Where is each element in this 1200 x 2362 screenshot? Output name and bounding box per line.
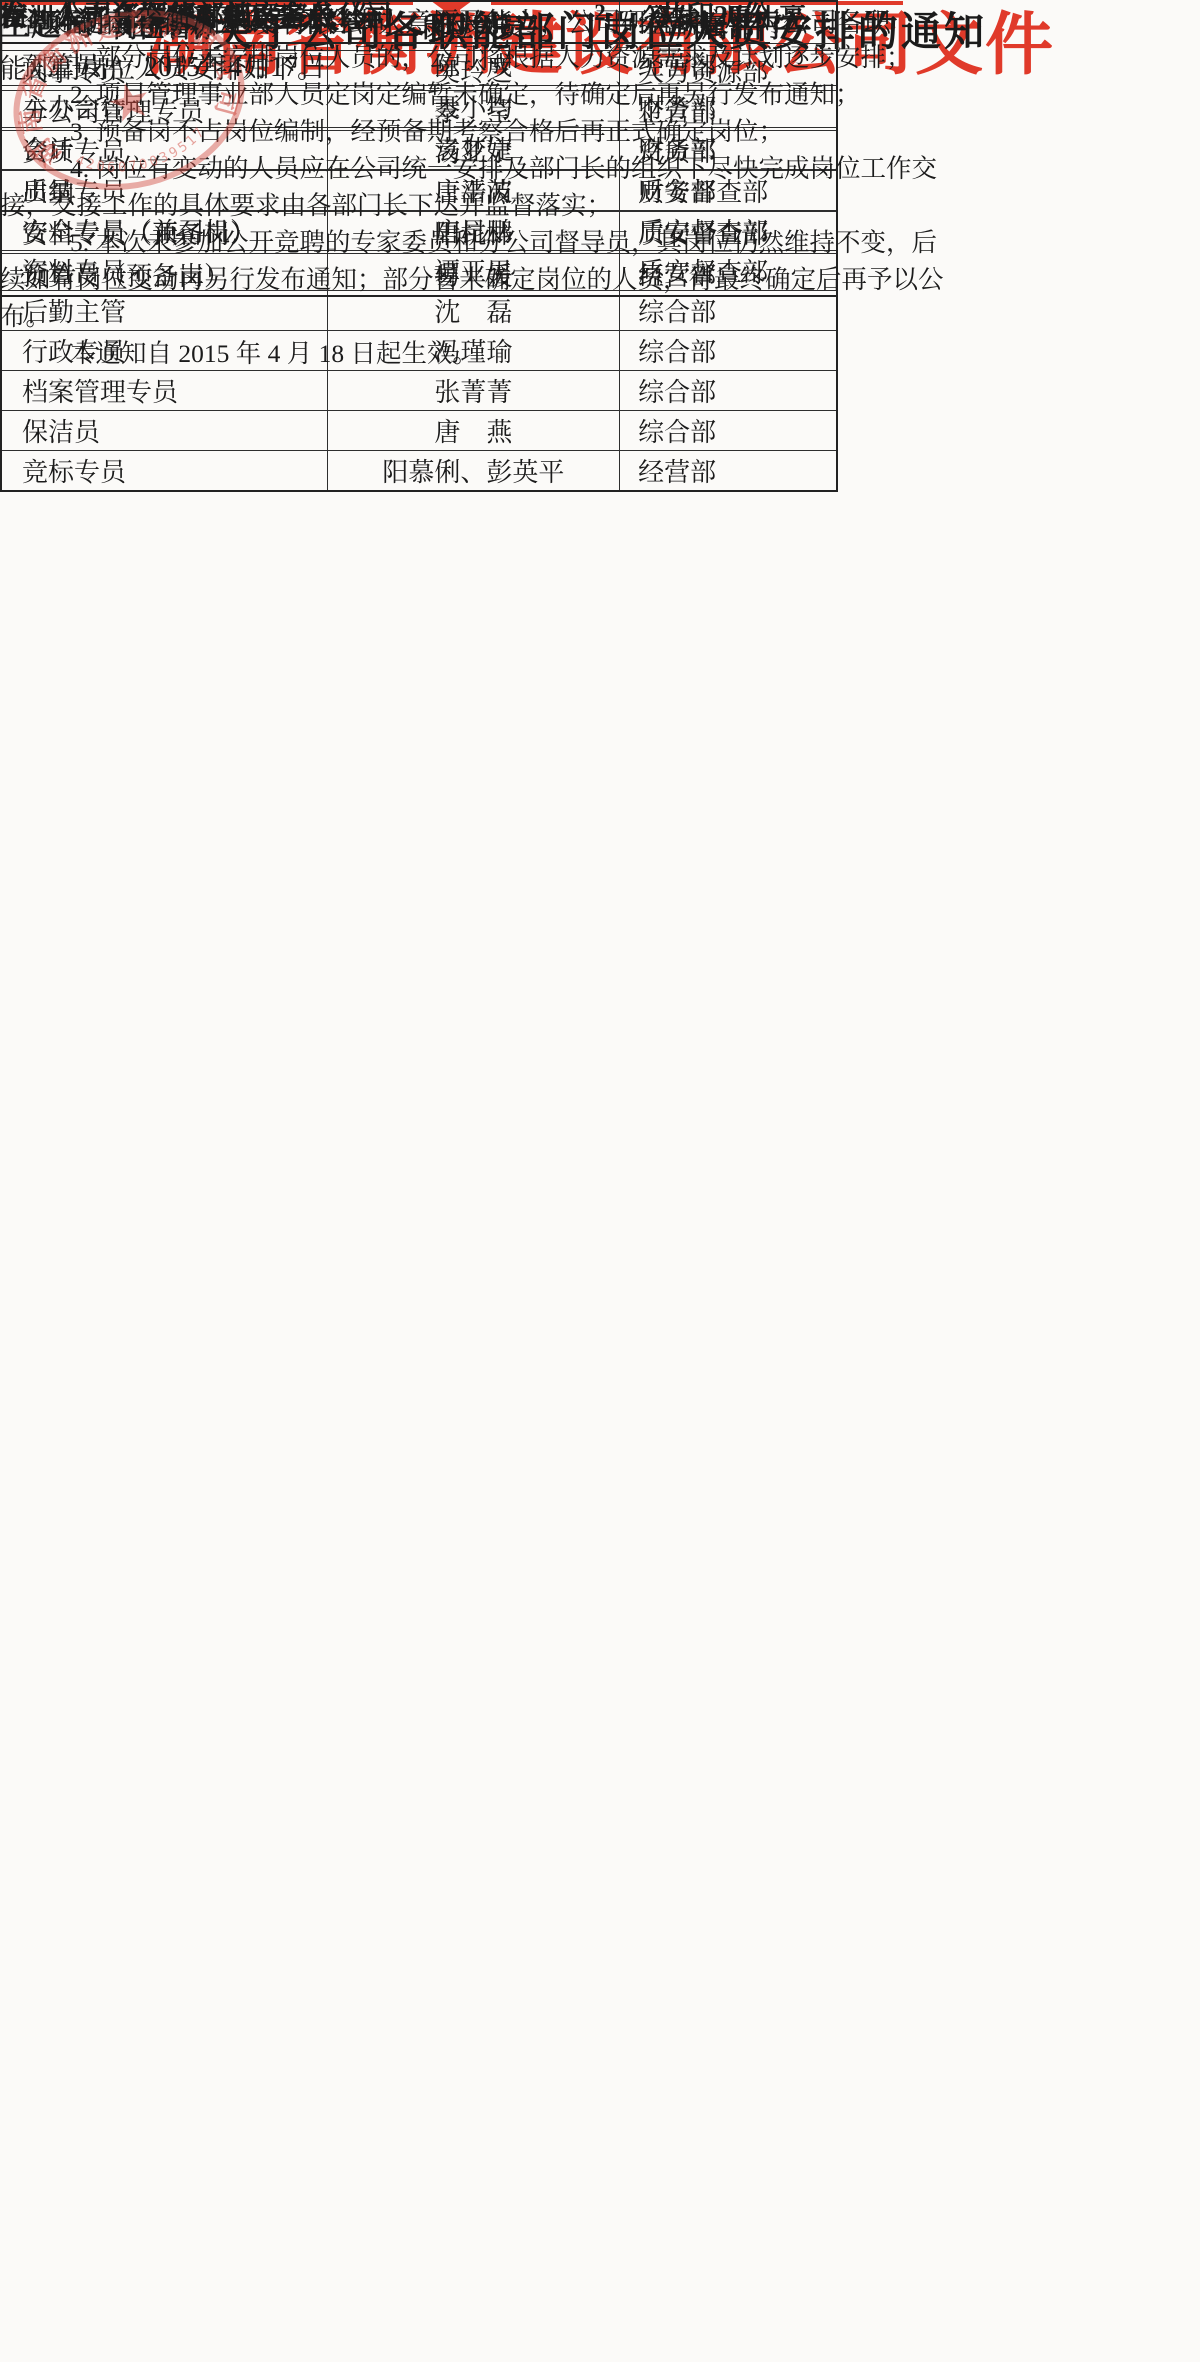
person-cell: 唐 燕 xyxy=(327,411,620,451)
signing-date: 2015年4月17日 xyxy=(0,46,470,90)
table-row: 档案管理专员张菁菁综合部 xyxy=(1,371,837,411)
signing-company: 湖南省衡洲建设有限公司 xyxy=(0,0,470,46)
svg-text:4206070039517: 4206070039517 xyxy=(70,121,215,189)
effective-date-line: 本通知自 2015 年 4 月 18 日起生效。 xyxy=(0,335,958,372)
department-cell: 综合部 xyxy=(620,411,837,451)
position-cell: 竞标专员 xyxy=(1,451,327,492)
position-cell: 保洁员 xyxy=(1,411,327,451)
seal-number: 4206070039517 xyxy=(70,121,215,189)
note-item: 5. 本次未参加公开竞聘的专家委员和分公司督导员，其岗位仍然维持不变，后续如有岗… xyxy=(0,224,958,335)
position-cell: 档案管理专员 xyxy=(1,371,327,411)
table-row: 保洁员唐 燕综合部 xyxy=(1,411,837,451)
scanned-document-page: 湖南省衡洲建设有限公司文件 衡洲人字【2015】第1号 签发：唐仕亮 ★ 关于公… xyxy=(0,0,1200,2362)
department-cell: 经营部 xyxy=(620,451,837,492)
table-row: 竞标专员阳慕俐、彭英平经营部 xyxy=(1,451,837,492)
person-cell: 阳慕俐、彭英平 xyxy=(327,451,620,492)
signature-block: 湖南省衡洲建设有限公司 2015年4月17日 xyxy=(0,0,470,90)
department-cell: 综合部 xyxy=(620,371,837,411)
person-cell: 张菁菁 xyxy=(327,371,620,411)
